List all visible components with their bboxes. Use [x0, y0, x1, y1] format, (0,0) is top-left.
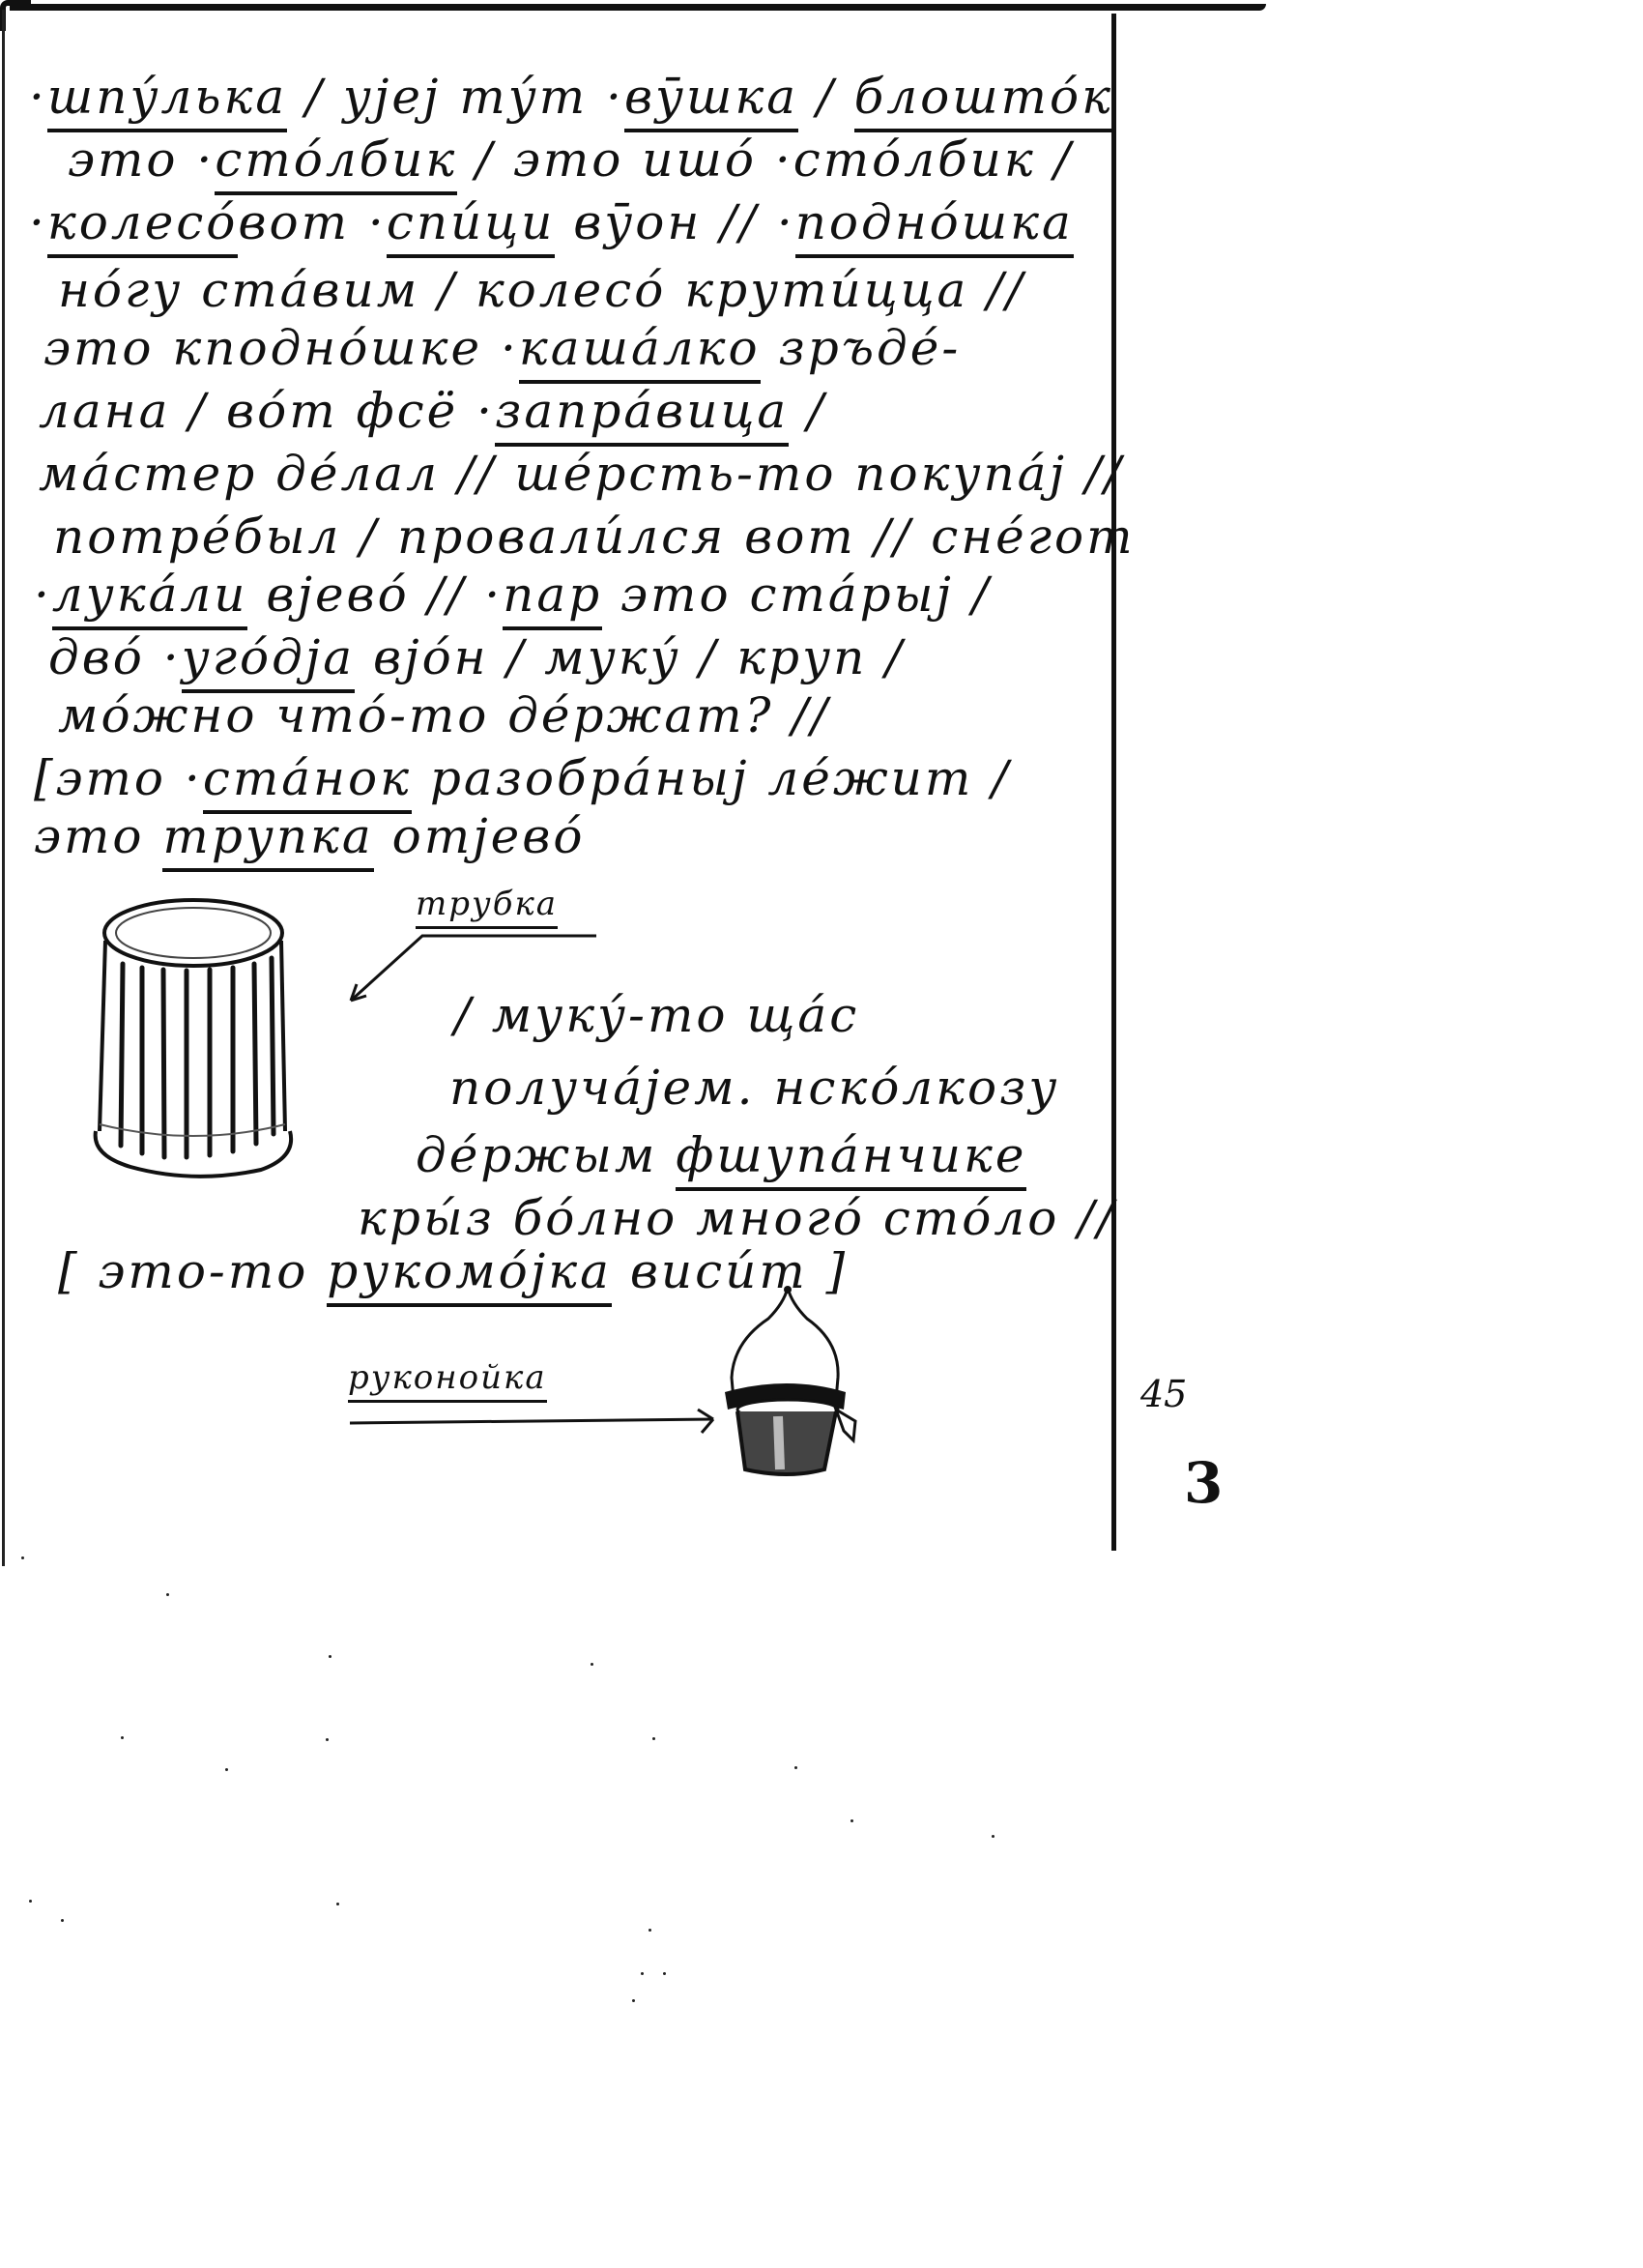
line-text: / уjеj ту́т · [287, 69, 624, 125]
underlined-term: шпу́лька [47, 69, 287, 132]
underlined-term: трупка [162, 808, 373, 872]
line-text: [это · [34, 750, 203, 806]
scan-speck [326, 1738, 329, 1741]
line-text: это ста́рыj / [602, 567, 992, 623]
tube-drawing-icon [92, 894, 314, 1184]
bucket-label: руконойка [348, 1358, 547, 1397]
scan-speck [61, 1919, 64, 1922]
side-line-3-text: де́ржым [416, 1127, 676, 1183]
underlined-term: подно́шка [795, 194, 1074, 258]
scan-speck [29, 1900, 32, 1903]
line-text: это кподно́шке · [43, 320, 519, 376]
line-text: вӯон // · [555, 194, 794, 250]
bucket-pointer-arrow-icon [348, 1402, 725, 1440]
line-text: дво́ · [48, 629, 182, 685]
line-text: / [789, 383, 826, 439]
transcription-line: мо́жно что́-то де́ржат? // [58, 691, 830, 740]
line-text: это [34, 808, 162, 864]
side-line-3: де́ржым фшупа́нчике [416, 1131, 1026, 1179]
transcription-line: ·шпу́лька / уjеj ту́т ·вӯшка / блошто́к [29, 73, 1113, 121]
transcription-line: потре́был / провали́лся вот // сне́гот [53, 512, 1136, 561]
line-text: · [29, 194, 47, 250]
transcription-line: ма́стер де́лал // ше́рсть-то покупа́j // [39, 450, 1124, 498]
tube-label: трубка [416, 885, 558, 923]
transcription-line: ·колесо́вот ·спи́ци вӯон // ·подно́шка [29, 198, 1074, 247]
scan-speck [641, 1972, 644, 1975]
line-text: мо́жно что́-то де́ржат? // [58, 687, 830, 743]
line-text: / [798, 69, 854, 125]
underlined-term: уго́дjа [182, 629, 355, 693]
line-text: ма́стер де́лал // ше́рсть-то покупа́j // [39, 446, 1124, 502]
bucket-label-text: руконойка [348, 1358, 547, 1403]
side-line-2: получа́jем. нско́лкозу [449, 1063, 1059, 1112]
line-text: отjево́ [374, 808, 586, 864]
scan-speck [632, 1999, 635, 2002]
underlined-term: запра́вица [495, 383, 789, 447]
line-text: · [29, 69, 47, 125]
underlined-term: сто́лбик [215, 131, 457, 195]
line-text: вот · [238, 194, 386, 250]
scan-speck [663, 1972, 666, 1975]
transcription-line: дво́ ·уго́дjа вjо́н / муку́ / круп / [48, 633, 905, 682]
right-margin-rule [1111, 14, 1116, 1551]
left-page-edge [2, 10, 5, 1566]
scan-speck [652, 1737, 655, 1740]
scan-speck [121, 1736, 124, 1739]
underlined-term: лука́ли [52, 567, 248, 630]
scan-speck [794, 1766, 797, 1769]
line-text: это · [68, 131, 215, 188]
side-line-4: кры́з бо́лно много́ сто́ло // [358, 1194, 1116, 1242]
line-text: потре́был / провали́лся вот // сне́гот [53, 509, 1136, 565]
scan-speck [591, 1663, 593, 1666]
line-text: зръде́- [761, 320, 962, 376]
scan-speck [336, 1903, 339, 1905]
underlined-term: спи́ци [387, 194, 556, 258]
scan-speck [21, 1556, 24, 1559]
line-text: / это ишо́ ·сто́лбик / [457, 131, 1073, 188]
side-line-1: / муку́-то ща́с [454, 991, 859, 1039]
scan-speck [649, 1929, 651, 1932]
transcription-line: это кподно́шке ·каша́лко зръде́- [43, 324, 961, 372]
underlined-term: колесо́ [47, 194, 239, 258]
scan-speck [166, 1593, 169, 1596]
line-text: вjо́н / муку́ / круп / [355, 629, 905, 685]
page-number: 45 [1140, 1373, 1187, 1415]
underlined-term: пар [503, 567, 602, 630]
hanging-washstand-drawing-icon [710, 1286, 865, 1479]
transcription-line: [это ·ста́нок разобра́ныj ле́жит / [34, 754, 1011, 802]
scan-speck [992, 1835, 994, 1838]
transcription-line: ·лука́ли вjево́ // ·пар это ста́рыj / [34, 570, 992, 619]
transcription-line: это ·сто́лбик / это ишо́ ·сто́лбик / [68, 135, 1073, 184]
underlined-term: каша́лко [519, 320, 761, 384]
line-text: но́гу ста́вим / колесо́ крути́цца // [58, 262, 1025, 318]
sheet-mark: 3 [1184, 1450, 1223, 1516]
transcription-line: лана / во́т фсё ·запра́вица / [39, 387, 826, 435]
top-rule [10, 4, 1266, 11]
tube-label-text: трубка [416, 885, 558, 929]
transcription-line: но́гу ста́вим / колесо́ крути́цца // [58, 266, 1025, 314]
line-text: · [34, 567, 52, 623]
underlined-term: блошто́к [854, 69, 1113, 132]
transcription-line: это трупка отjево́ [34, 812, 585, 860]
line-text: вjево́ // · [247, 567, 503, 623]
bracket-open-text: [ это-то [58, 1243, 327, 1299]
bracket-underlined-word: рукомо́jка [327, 1243, 612, 1307]
underlined-term: ста́нок [203, 750, 412, 814]
line-text: разобра́ныj ле́жит / [412, 750, 1011, 806]
side-line-3-underlined: фшупа́нчике [676, 1127, 1026, 1191]
scan-speck [850, 1819, 853, 1822]
line-text: лана / во́т фсё · [39, 383, 495, 439]
scan-speck [329, 1655, 331, 1658]
scan-speck [225, 1768, 228, 1771]
underlined-term: вӯшка [624, 69, 798, 132]
